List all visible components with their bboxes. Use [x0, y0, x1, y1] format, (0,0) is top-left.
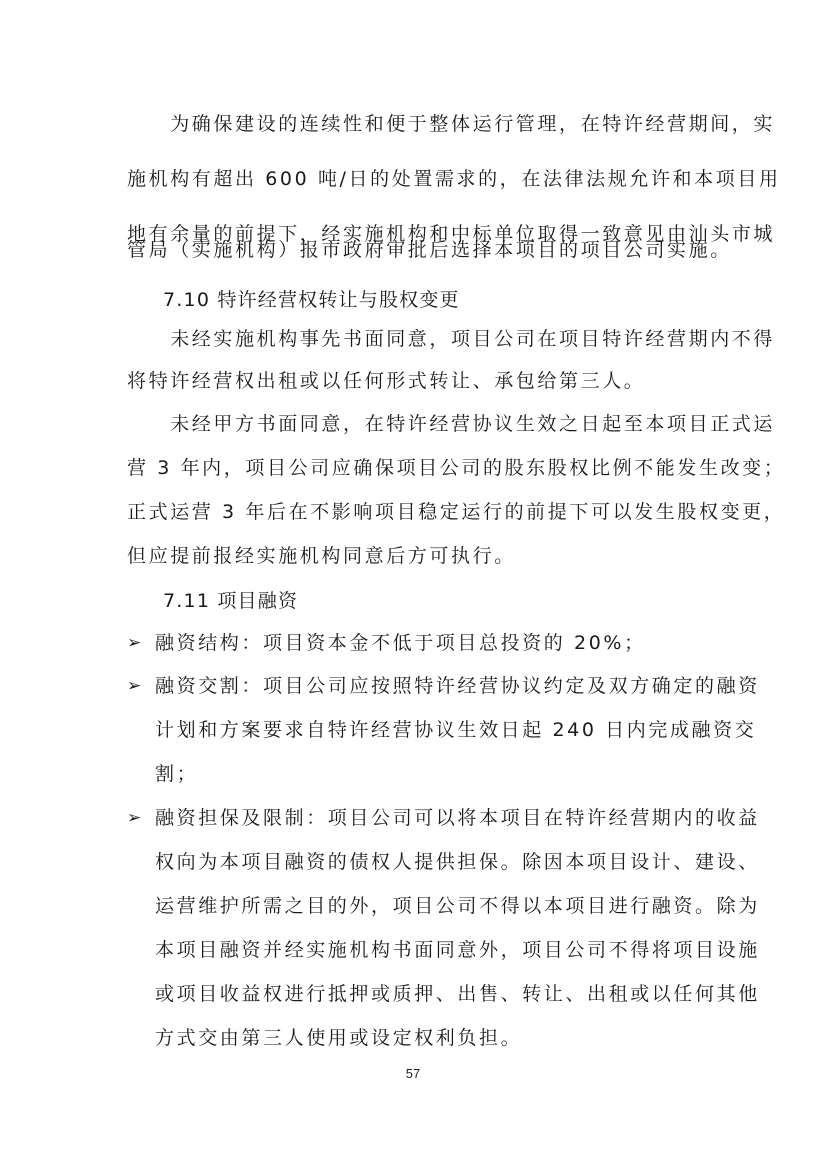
section-heading-7-11: 7.11 项目融资	[163, 589, 739, 613]
paragraph-line: 但应提前报经实施机构同意后方可执行。	[127, 544, 703, 568]
bullet-line: 融资结构：项目资本金不低于项目总投资的 20%；	[155, 631, 703, 655]
paragraph-line: 将特许经营权出租或以任何形式转让、承包给第三人。	[127, 369, 703, 393]
bullet-line: 权向为本项目融资的债权人提供担保。除因本项目设计、建设、	[155, 850, 703, 874]
paragraph-line: 营 3 年内，项目公司应确保项目公司的股东股权比例不能发生改变；	[127, 456, 703, 480]
arrow-bullet-icon: ➢	[127, 674, 141, 698]
bullet-line: 本项目融资并经实施机构书面同意外，项目公司不得将项目设施	[155, 938, 703, 962]
arrow-bullet-icon: ➢	[127, 806, 141, 830]
paragraph-line: 施机构有超出 600 吨/日的处置需求的，在法律法规允许和本项目用	[127, 167, 703, 191]
arrow-bullet-icon: ➢	[127, 631, 141, 655]
section-heading-7-10: 7.10 特许经营权转让与股权变更	[163, 288, 739, 312]
bullet-line: 计划和方案要求自特许经营协议生效日起 240 日内完成融资交	[155, 718, 703, 742]
bullet-line: 方式交由第三人使用或设定权利负担。	[155, 1026, 703, 1050]
bullet-line: 融资交割：项目公司应按照特许经营协议约定及双方确定的融资	[155, 674, 703, 698]
paragraph-line: 为确保建设的连续性和便于整体运行管理，在特许经营期间，实	[127, 112, 703, 136]
paragraph-line: 正式运营 3 年后在不影响项目稳定运行的前提下可以发生股权变更，	[127, 500, 703, 524]
paragraph-line: 未经甲方书面同意，在特许经营协议生效之日起至本项目正式运	[127, 412, 703, 436]
page-number: 57	[0, 1066, 826, 1081]
bullet-line: 融资担保及限制：项目公司可以将本项目在特许经营期内的收益	[155, 806, 703, 830]
bullet-line: 运营维护所需之目的外，项目公司不得以本项目进行融资。除为	[155, 894, 703, 918]
paragraph-line: 管局（实施机构）报市政府审批后选择本项目的项目公司实施。	[127, 238, 703, 262]
bullet-line: 割；	[155, 762, 703, 786]
document-page: 为确保建设的连续性和便于整体运行管理，在特许经营期间，实 施机构有超出 600 …	[0, 0, 826, 1169]
paragraph-line: 未经实施机构事先书面同意，项目公司在项目特许经营期内不得	[127, 327, 703, 351]
bullet-line: 或项目收益权进行抵押或质押、出售、转让、出租或以任何其他	[155, 982, 703, 1006]
